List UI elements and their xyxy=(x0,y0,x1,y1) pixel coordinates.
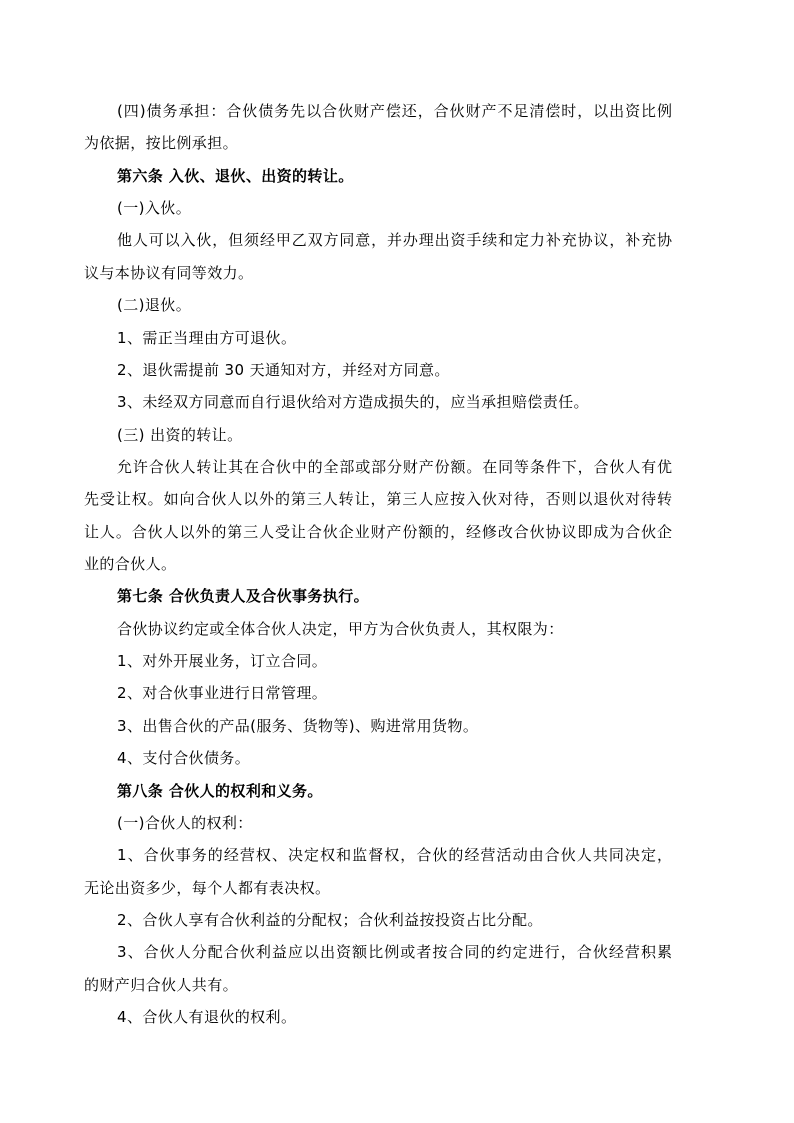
paragraph-line: 允许合伙人转让其在合伙中的全部或部分财产份额。在同等条件下，合伙人有优 xyxy=(84,451,672,483)
article-heading: 第六条 入伙、退伙、出资的转让。 xyxy=(84,160,674,192)
list-item: 2、退伙需提前 30 天通知对方，并经对方同意。 xyxy=(84,354,674,386)
paragraph-line: 议与本协议有同等效力。 xyxy=(84,257,674,289)
list-item: 1、合伙事务的经营权、决定权和监督权，合伙的经营活动由合伙人共同决定， xyxy=(84,839,672,871)
list-item: 3、合伙人分配合伙利益应以出资额比例或者按合同的约定进行，合伙经营积累 xyxy=(84,936,672,968)
paragraph-line: 无论出资多少，每个人都有表决权。 xyxy=(84,872,674,904)
subsection-heading: (一)入伙。 xyxy=(84,192,674,224)
paragraph-line: 合伙协议约定或全体合伙人决定，甲方为合伙负责人，其权限为： xyxy=(84,613,674,645)
document-body: (四)债务承担：合伙债务先以合伙财产偿还，合伙财产不足清偿时，以出资比例 为依据… xyxy=(84,95,674,1033)
paragraph-line: 先受让权。如向合伙人以外的第三人转让，第三人应按入伙对待，否则以退伙对待转 xyxy=(84,483,672,515)
list-item: 2、对合伙事业进行日常管理。 xyxy=(84,677,674,709)
list-item: 3、出售合伙的产品(服务、货物等)、购进常用货物。 xyxy=(84,710,674,742)
list-item: 4、支付合伙债务。 xyxy=(84,742,674,774)
list-item: 2、合伙人享有合伙利益的分配权；合伙利益按投资占比分配。 xyxy=(84,904,674,936)
paragraph-line: 业的合伙人。 xyxy=(84,548,674,580)
subsection-heading: (三) 出资的转让。 xyxy=(84,419,674,451)
paragraph-line: 为依据，按比例承担。 xyxy=(84,127,674,159)
article-heading: 第七条 合伙负责人及合伙事务执行。 xyxy=(84,580,674,612)
paragraph-line: 的财产归合伙人共有。 xyxy=(84,969,674,1001)
subsection-heading: (一)合伙人的权利： xyxy=(84,807,674,839)
list-item: 1、需正当理由方可退伙。 xyxy=(84,322,674,354)
document-page: (四)债务承担：合伙债务先以合伙财产偿还，合伙财产不足清偿时，以出资比例 为依据… xyxy=(0,0,794,1123)
list-item: 1、对外开展业务，订立合同。 xyxy=(84,645,674,677)
article-heading: 第八条 合伙人的权利和义务。 xyxy=(84,775,674,807)
paragraph-line: 让人。合伙人以外的第三人受让合伙企业财产份额的，经修改合伙协议即成为合伙企 xyxy=(84,516,672,548)
subsection-heading: (二)退伙。 xyxy=(84,289,674,321)
list-item: 4、合伙人有退伙的权利。 xyxy=(84,1001,674,1033)
paragraph-line: 他人可以入伙，但须经甲乙双方同意，并办理出资手续和定力补充协议，补充协 xyxy=(84,224,672,256)
paragraph-line: (四)债务承担：合伙债务先以合伙财产偿还，合伙财产不足清偿时，以出资比例 xyxy=(84,95,672,127)
list-item: 3、未经双方同意而自行退伙给对方造成损失的，应当承担赔偿责任。 xyxy=(84,386,674,418)
